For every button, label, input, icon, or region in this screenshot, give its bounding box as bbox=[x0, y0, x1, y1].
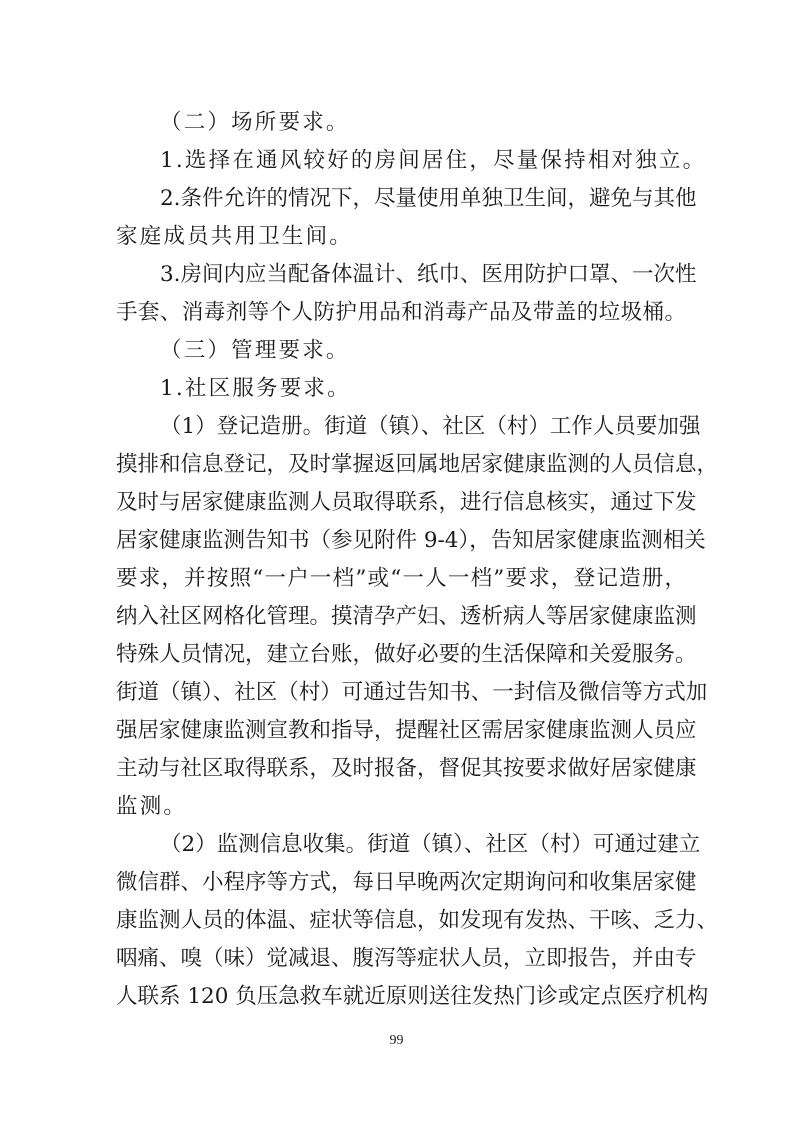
text-line: 1.社区服务要求。 bbox=[160, 377, 686, 401]
text-line: 居家健康监测告知书（参见附件 9-4），告知居家健康监测相关 bbox=[116, 529, 686, 553]
text-line: 主动与社区取得联系，及时报备，督促其按要求做好居家健康 bbox=[116, 757, 686, 781]
page-number: 99 bbox=[0, 1033, 793, 1049]
text-line: 街道（镇）、社区（村）可通过告知书、一封信及微信等方式加 bbox=[116, 681, 686, 705]
text-line: 家庭成员共用卫生间。 bbox=[116, 225, 686, 249]
text-line: 监测。 bbox=[116, 795, 686, 819]
document-page: （二）场所要求。1.选择在通风较好的房间居住，尽量保持相对独立。2.条件允许的情… bbox=[0, 0, 793, 1122]
text-line: 强居家健康监测宣教和指导，提醒社区需居家健康监测人员应 bbox=[116, 719, 686, 743]
text-line: （二）场所要求。 bbox=[160, 111, 686, 135]
text-line: （2）监测信息收集。街道（镇）、社区（村）可通过建立 bbox=[160, 833, 686, 857]
text-line: 特殊人员情况，建立台账，做好必要的生活保障和关爱服务。 bbox=[116, 643, 686, 667]
text-line: 纳入社区网格化管理。摸清孕产妇、透析病人等居家健康监测 bbox=[116, 605, 686, 629]
text-line: 要求，并按照“一户一档”或“一人一档”要求，登记造册， bbox=[116, 567, 686, 591]
text-line: 及时与居家健康监测人员取得联系，进行信息核实，通过下发 bbox=[116, 491, 686, 515]
text-line: 人联系 120 负压急救车就近原则送往发热门诊或定点医疗机构 bbox=[116, 985, 686, 1009]
text-line: （三）管理要求。 bbox=[160, 339, 686, 363]
text-line: （1）登记造册。街道（镇）、社区（村）工作人员要加强 bbox=[160, 415, 686, 439]
text-line: 3.房间内应当配备体温计、纸巾、医用防护口罩、一次性 bbox=[160, 263, 686, 287]
text-line: 咽痛、嗅（味）觉减退、腹泻等症状人员，立即报告，并由专 bbox=[116, 947, 686, 971]
text-line: 2.条件允许的情况下，尽量使用单独卫生间，避免与其他 bbox=[160, 187, 686, 211]
text-line: 摸排和信息登记，及时掌握返回属地居家健康监测的人员信息， bbox=[116, 453, 686, 477]
text-line: 微信群、小程序等方式，每日早晚两次定期询问和收集居家健 bbox=[116, 871, 686, 895]
text-line: 手套、消毒剂等个人防护用品和消毒产品及带盖的垃圾桶。 bbox=[116, 301, 686, 325]
text-line: 康监测人员的体温、症状等信息，如发现有发热、干咳、乏力、 bbox=[116, 909, 686, 933]
text-line: 1.选择在通风较好的房间居住，尽量保持相对独立。 bbox=[160, 149, 686, 173]
